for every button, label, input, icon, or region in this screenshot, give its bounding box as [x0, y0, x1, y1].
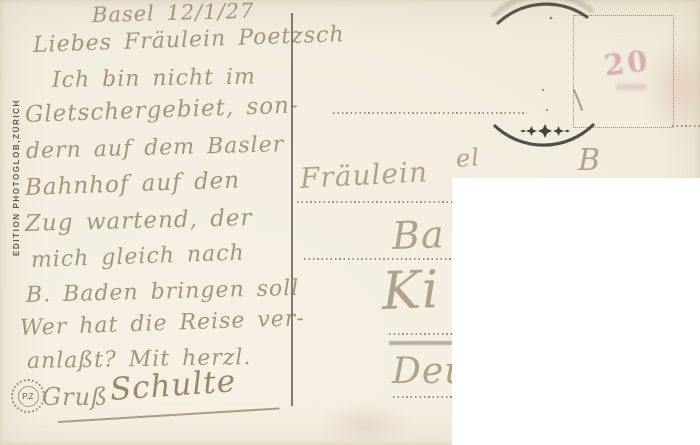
- postmark-ornament-icon: [520, 124, 570, 138]
- blank-cutout-area: [452, 178, 700, 445]
- postcard-back: EDITION PHOTOGLOB,ZÜRICH P.Z Basel 12/1/…: [0, 0, 700, 445]
- postmark-specks: [542, 17, 552, 111]
